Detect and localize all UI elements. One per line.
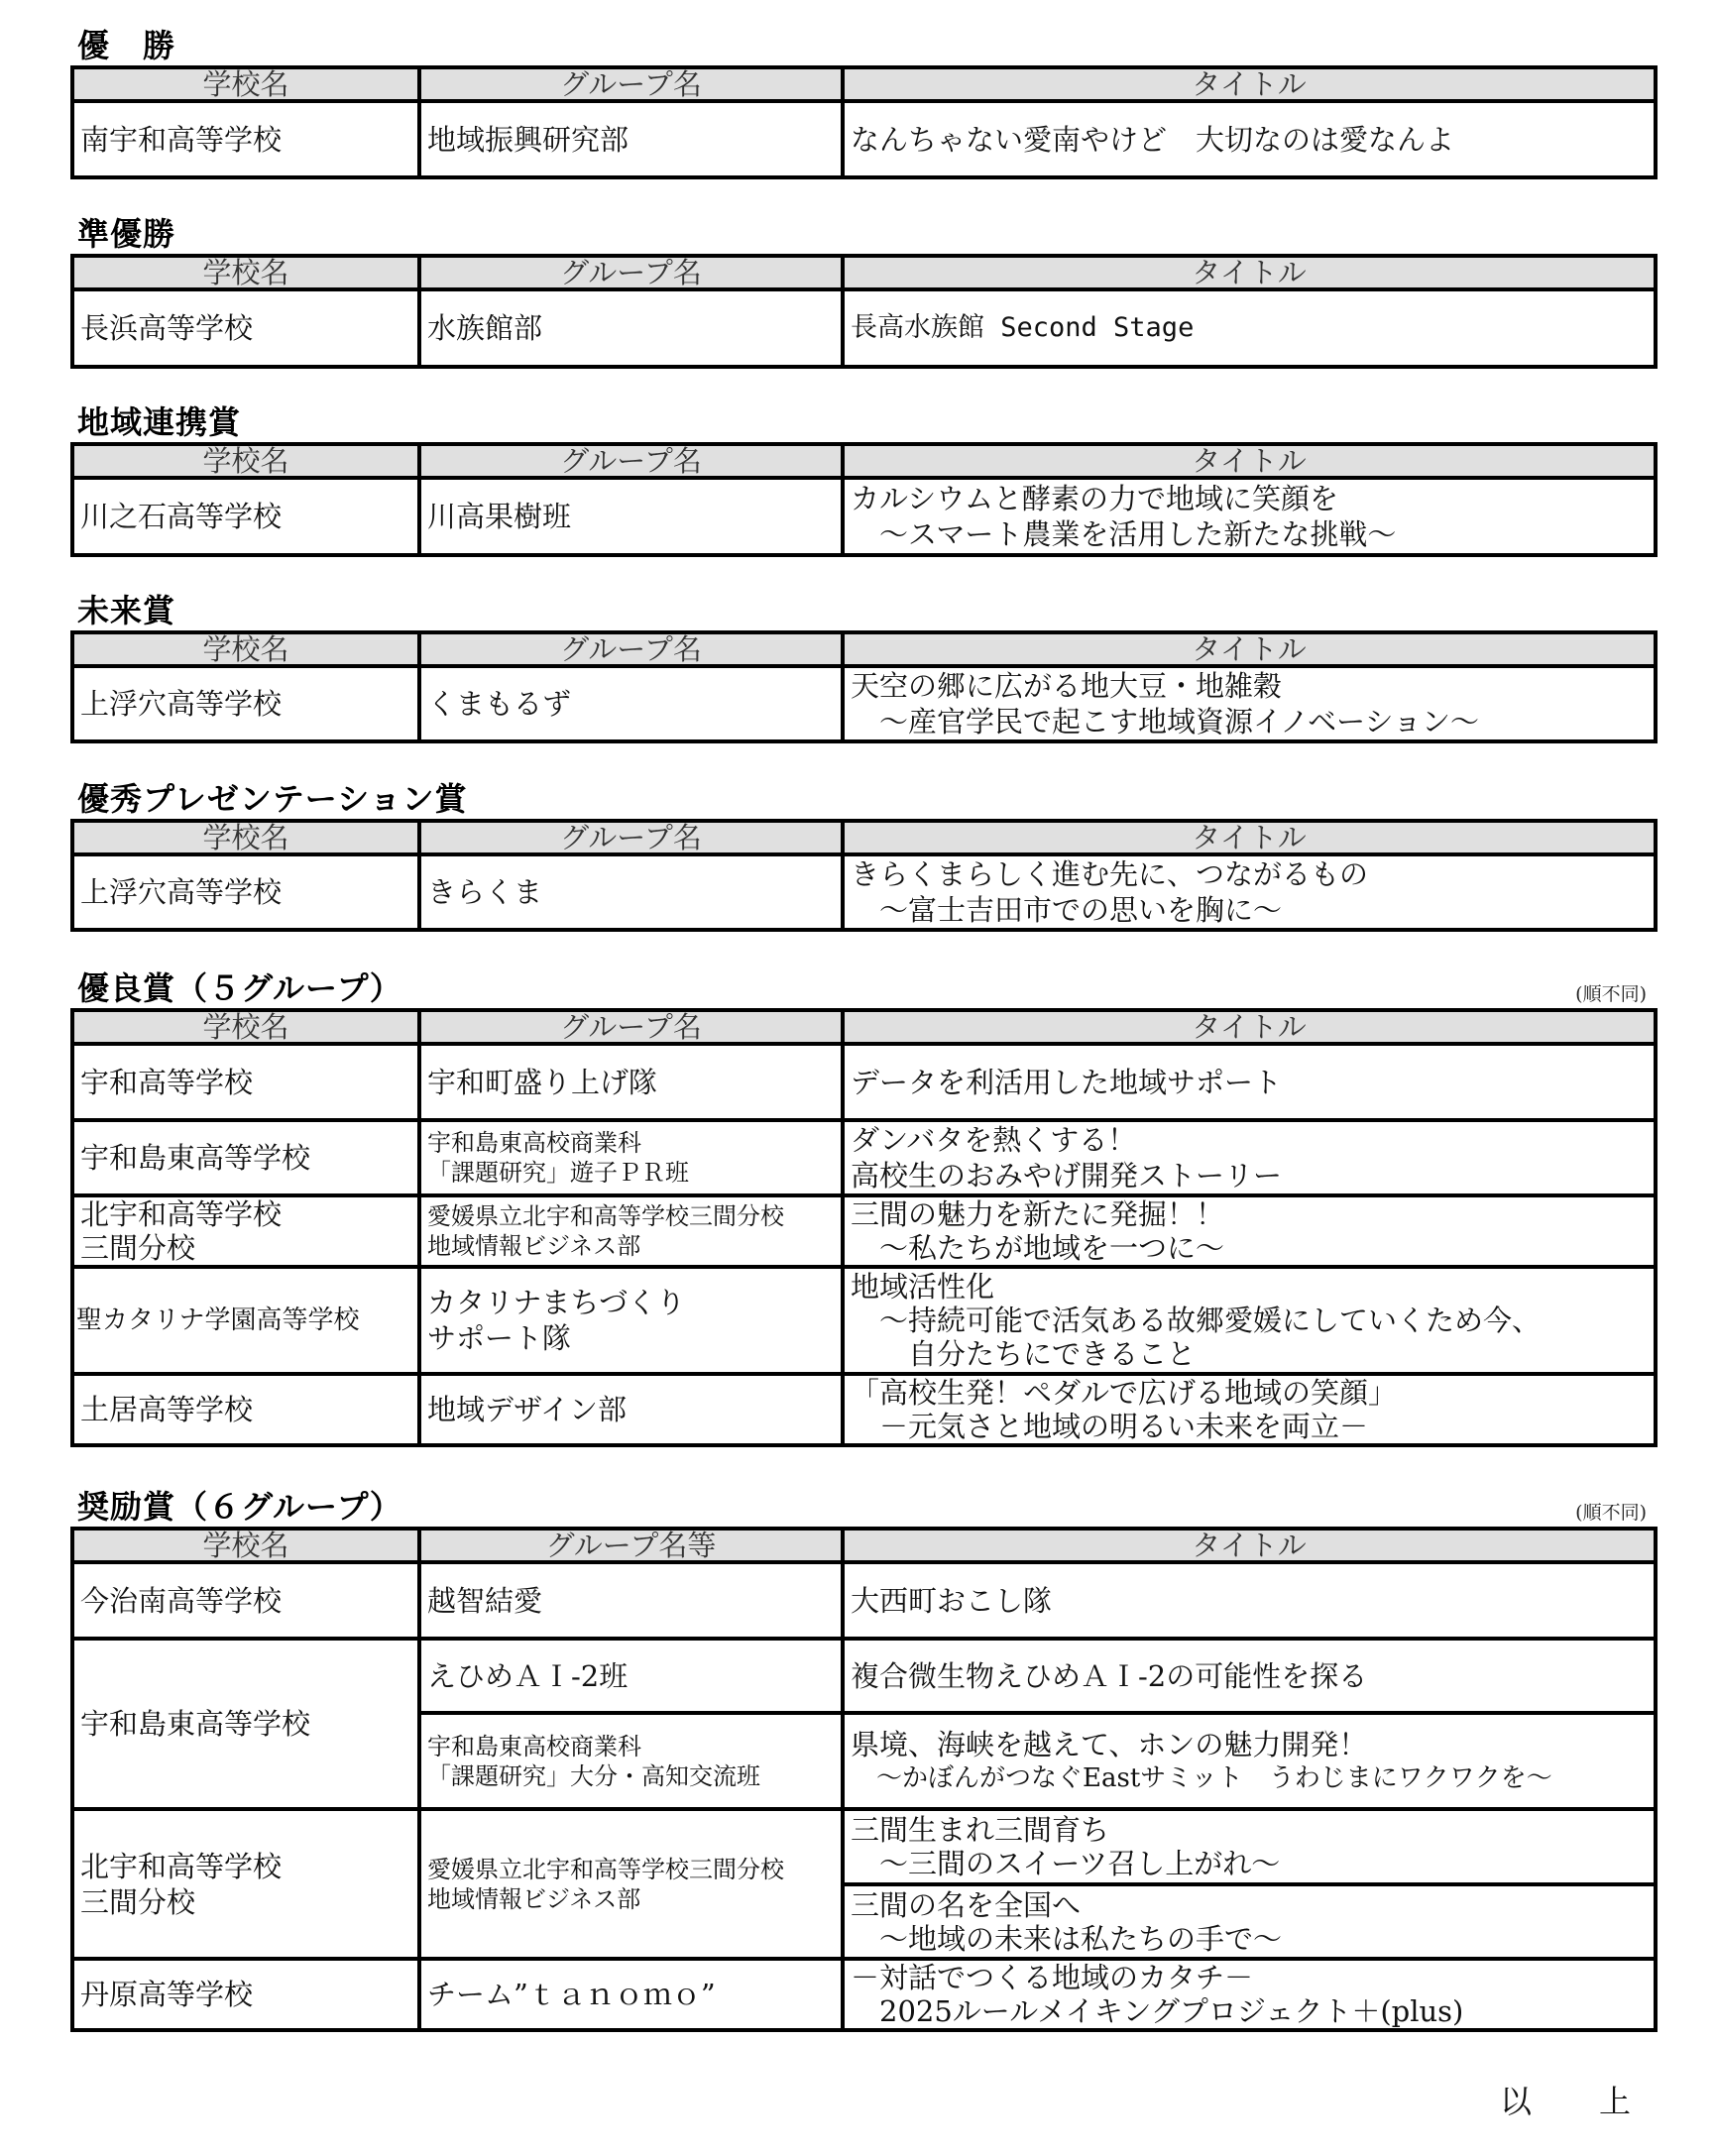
group-cell: 地域振興研究部: [419, 101, 843, 177]
table-header-row: 学校名 グループ名 タイトル: [72, 67, 1656, 101]
group-cell: 愛媛県立北宇和高等学校三間分校 地域情報ビジネス部: [419, 1195, 843, 1267]
school-cell: 上浮穴高等学校: [72, 854, 419, 930]
group-cell: カタリナまちづくり サポート隊: [419, 1267, 843, 1374]
table-row: 北宇和高等学校 三間分校 愛媛県立北宇和高等学校三間分校 地域情報ビジネス部 三…: [72, 1809, 1656, 1884]
runner-up-table: 学校名 グループ名 タイトル 長浜高等学校 水族館部 長高水族館 Second …: [70, 254, 1658, 369]
table-row: 長浜高等学校 水族館部 長高水族館 Second Stage: [72, 289, 1656, 367]
title-cell: 大西町おこし隊: [843, 1562, 1656, 1639]
school-cell: 南宇和高等学校: [72, 101, 419, 177]
group-cell: チーム”ｔａｎｏｍｏ”: [419, 1959, 843, 2030]
school-cell: 北宇和高等学校 三間分校: [72, 1195, 419, 1267]
header-group: グループ名: [419, 256, 843, 289]
header-school: 学校名: [72, 821, 419, 854]
title-cell: 「高校生発！ペダルで広げる地域の笑顔」 －元気さと地域の明るい未来を両立－: [843, 1374, 1656, 1445]
table-row: 丹原高等学校 チーム”ｔａｎｏｍｏ” －対話でつくる地域のカタチ－ 2025ルー…: [72, 1959, 1656, 2030]
table-row: 宇和高等学校 宇和町盛り上げ隊 データを利活用した地域サポート: [72, 1044, 1656, 1120]
group-cell: 川高果樹班: [419, 478, 843, 555]
regional-cooperation-table: 学校名 グループ名 タイトル 川之石高等学校 川高果樹班 カルシウムと酵素の力で…: [70, 442, 1658, 557]
header-school: 学校名: [72, 444, 419, 478]
header-school: 学校名: [72, 632, 419, 666]
header-title: タイトル: [843, 1529, 1656, 1562]
title-cell: ダンバタを熱くする！ 高校生のおみやげ開発ストーリー: [843, 1120, 1656, 1195]
section-heading-champion: 優 勝: [77, 28, 175, 63]
title-cell: なんちゃない愛南やけど 大切なのは愛なんよ: [843, 101, 1656, 177]
header-title: タイトル: [843, 256, 1656, 289]
school-cell: 長浜高等学校: [72, 289, 419, 367]
school-cell: 宇和島東高等学校: [72, 1120, 419, 1195]
group-cell: 地域デザイン部: [419, 1374, 843, 1445]
school-cell: 丹原高等学校: [72, 1959, 419, 2030]
excellent-presentation-table: 学校名 グループ名 タイトル 上浮穴高等学校 きらくま きらくまらしく進む先に、…: [70, 819, 1658, 932]
header-title: タイトル: [843, 67, 1656, 101]
header-group: グループ名等: [419, 1529, 843, 1562]
section-heading-encouragement: 奨励賞（６グループ）: [77, 1489, 402, 1525]
table-row: 宇和島東高等学校 えひめＡＩ-2班 複合微生物えひめＡＩ-2の可能性を探る: [72, 1639, 1656, 1713]
group-cell: くまもるず: [419, 666, 843, 741]
group-cell: 宇和島東高校商業科 「課題研究」遊子ＰＲ班: [419, 1120, 843, 1195]
table-row: 南宇和高等学校 地域振興研究部 なんちゃない愛南やけど 大切なのは愛なんよ: [72, 101, 1656, 177]
unordered-note: (順不同): [1575, 983, 1647, 1005]
table-row: 上浮穴高等学校 くまもるず 天空の郷に広がる地大豆・地雑穀 ～産官学民で起こす地…: [72, 666, 1656, 741]
school-cell: 土居高等学校: [72, 1374, 419, 1445]
table-header-row: 学校名 グループ名 タイトル: [72, 632, 1656, 666]
header-school: 学校名: [72, 256, 419, 289]
future-table: 学校名 グループ名 タイトル 上浮穴高等学校 くまもるず 天空の郷に広がる地大豆…: [70, 630, 1658, 743]
table-header-row: 学校名 グループ名 タイトル: [72, 1010, 1656, 1044]
header-group: グループ名: [419, 821, 843, 854]
group-cell: 越智結愛: [419, 1562, 843, 1639]
header-title: タイトル: [843, 444, 1656, 478]
table-row: 北宇和高等学校 三間分校 愛媛県立北宇和高等学校三間分校 地域情報ビジネス部 三…: [72, 1195, 1656, 1267]
table-row: 今治南高等学校 越智結愛 大西町おこし隊: [72, 1562, 1656, 1639]
table-header-row: 学校名 グループ名 タイトル: [72, 821, 1656, 854]
title-cell: 三間生まれ三間育ち ～三間のスイーツ召し上がれ～: [843, 1809, 1656, 1884]
title-cell: 県境、海峡を越えて、ホンの魅力開発！ ～かぼんがつなぐEastサミット うわじま…: [843, 1713, 1656, 1809]
school-cell: 宇和高等学校: [72, 1044, 419, 1120]
title-cell: データを利活用した地域サポート: [843, 1044, 1656, 1120]
header-group: グループ名: [419, 1010, 843, 1044]
group-cell: 水族館部: [419, 289, 843, 367]
title-cell: きらくまらしく進む先に、つながるもの ～富士吉田市での思いを胸に～: [843, 854, 1656, 930]
header-school: 学校名: [72, 1529, 419, 1562]
table-row: 宇和島東高等学校 宇和島東高校商業科 「課題研究」遊子ＰＲ班 ダンバタを熱くする…: [72, 1120, 1656, 1195]
group-cell: 愛媛県立北宇和高等学校三間分校 地域情報ビジネス部: [419, 1809, 843, 1959]
group-cell: きらくま: [419, 854, 843, 930]
unordered-note: (順不同): [1575, 1502, 1647, 1524]
champion-table: 学校名 グループ名 タイトル 南宇和高等学校 地域振興研究部 なんちゃない愛南や…: [70, 65, 1658, 179]
school-cell: 今治南高等学校: [72, 1562, 419, 1639]
school-cell: 北宇和高等学校 三間分校: [72, 1809, 419, 1959]
table-row: 土居高等学校 地域デザイン部 「高校生発！ペダルで広げる地域の笑顔」 －元気さと…: [72, 1374, 1656, 1445]
header-school: 学校名: [72, 1010, 419, 1044]
school-cell: 宇和島東高等学校: [72, 1639, 419, 1809]
section-heading-merit: 優良賞（５グループ）: [77, 970, 402, 1006]
title-cell: 地域活性化 ～持続可能で活気ある故郷愛媛にしていくため今、 自分たちにできること: [843, 1267, 1656, 1374]
encouragement-table: 学校名 グループ名等 タイトル 今治南高等学校 越智結愛 大西町おこし隊 宇和島…: [70, 1527, 1658, 2032]
group-cell: 宇和町盛り上げ隊: [419, 1044, 843, 1120]
title-cell: 三間の名を全国へ ～地域の未来は私たちの手で～: [843, 1884, 1656, 1959]
table-row: 上浮穴高等学校 きらくま きらくまらしく進む先に、つながるもの ～富士吉田市での…: [72, 854, 1656, 930]
table-header-row: 学校名 グループ名 タイトル: [72, 444, 1656, 478]
group-cell: えひめＡＩ-2班: [419, 1639, 843, 1713]
school-cell: 川之石高等学校: [72, 478, 419, 555]
header-group: グループ名: [419, 632, 843, 666]
header-school: 学校名: [72, 67, 419, 101]
table-row: 聖カタリナ学園高等学校 カタリナまちづくり サポート隊 地域活性化 ～持続可能で…: [72, 1267, 1656, 1374]
table-header-row: 学校名 グループ名 タイトル: [72, 256, 1656, 289]
header-group: グループ名: [419, 444, 843, 478]
title-cell: カルシウムと酵素の力で地域に笑顔を ～スマート農業を活用した新たな挑戦～: [843, 478, 1656, 555]
title-cell: 天空の郷に広がる地大豆・地雑穀 ～産官学民で起こす地域資源イノベーション～: [843, 666, 1656, 741]
school-cell: 上浮穴高等学校: [72, 666, 419, 741]
section-heading-future: 未来賞: [77, 593, 175, 628]
title-cell: －対話でつくる地域のカタチ－ 2025ルールメイキングプロジェクト＋(plus): [843, 1959, 1656, 2030]
header-group: グループ名: [419, 67, 843, 101]
table-row: 川之石高等学校 川高果樹班 カルシウムと酵素の力で地域に笑顔を ～スマート農業を…: [72, 478, 1656, 555]
table-header-row: 学校名 グループ名等 タイトル: [72, 1529, 1656, 1562]
closing-mark: 以 上: [1500, 2077, 1649, 2122]
title-cell: 三間の魅力を新たに発掘！！ ～私たちが地域を一つに～: [843, 1195, 1656, 1267]
title-cell: 長高水族館 Second Stage: [843, 289, 1656, 367]
school-cell: 聖カタリナ学園高等学校: [72, 1267, 419, 1374]
merit-table: 学校名 グループ名 タイトル 宇和高等学校 宇和町盛り上げ隊 データを利活用した…: [70, 1008, 1658, 1447]
header-title: タイトル: [843, 1010, 1656, 1044]
section-heading-regional-cooperation: 地域連携賞: [77, 404, 241, 440]
header-title: タイトル: [843, 821, 1656, 854]
header-title: タイトル: [843, 632, 1656, 666]
group-cell: 宇和島東高校商業科 「課題研究」大分・高知交流班: [419, 1713, 843, 1809]
section-heading-runner-up: 準優勝: [77, 216, 175, 252]
section-heading-excellent-presentation: 優秀プレゼンテーション賞: [77, 781, 467, 817]
title-cell: 複合微生物えひめＡＩ-2の可能性を探る: [843, 1639, 1656, 1713]
